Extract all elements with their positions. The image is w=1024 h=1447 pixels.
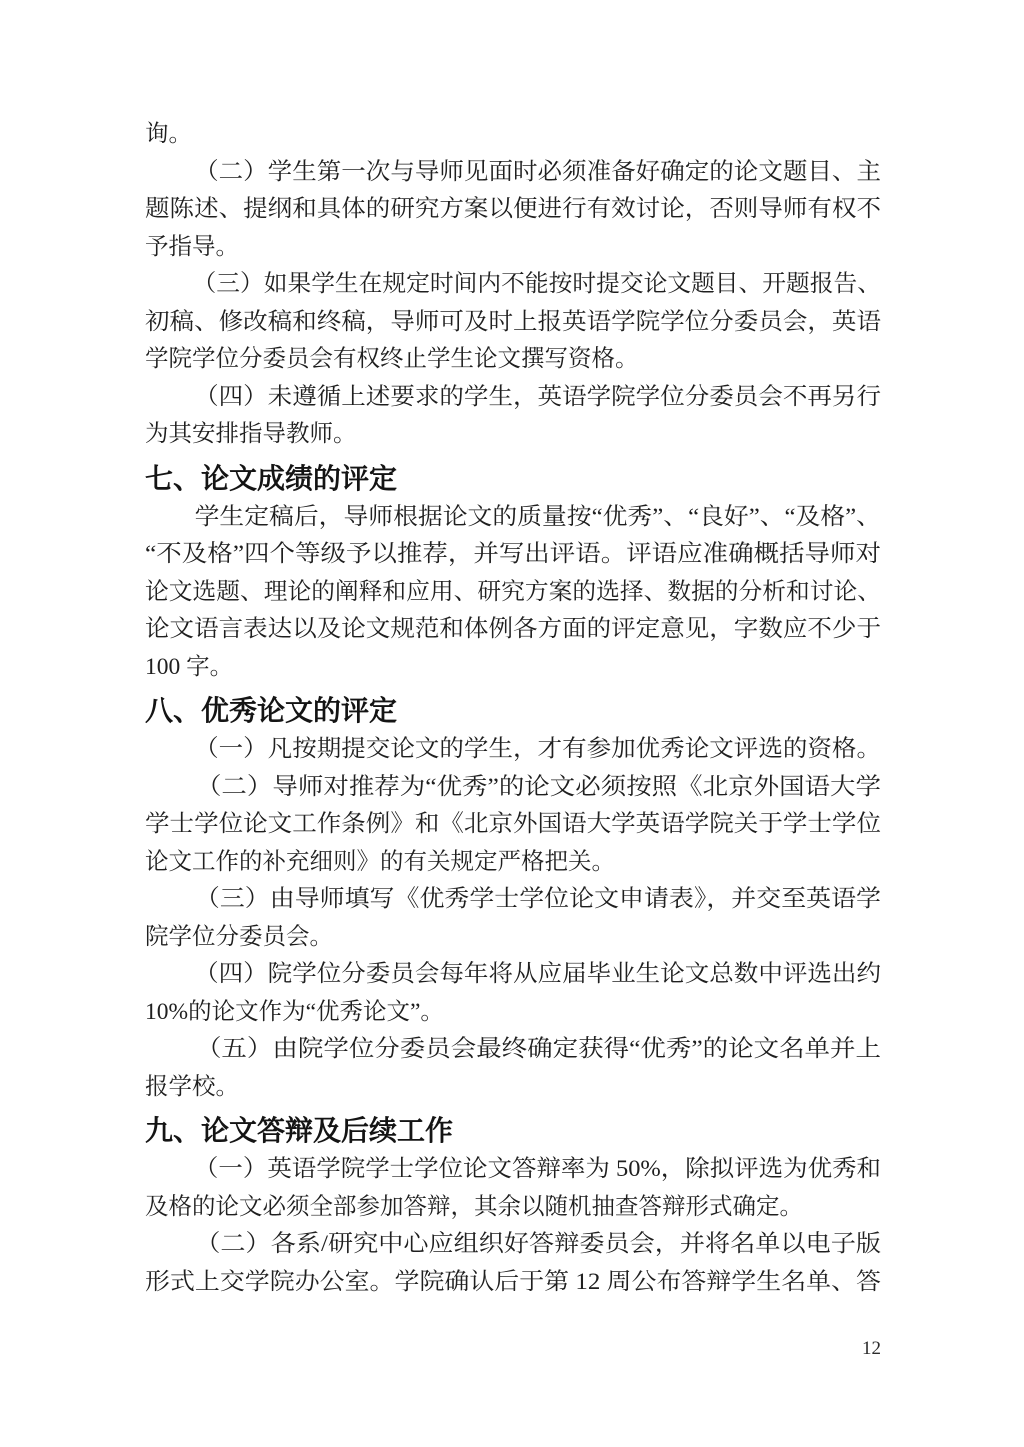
text-run: 询。 [145,121,192,147]
text-line: 报学校。 [145,1069,881,1107]
text-line: （五）由院学位分委员会最终确定获得“优秀”的论文名单并上 [145,1031,943,1069]
section-heading: 八、优秀论文的评定 [145,686,881,731]
text-run: 予指导。 [145,234,239,260]
text-run: 九、论文答辩及后续工作 [145,1115,453,1146]
paragraph-indent [145,1175,194,1176]
page-number: 12 [145,1338,881,1360]
text-line: 及格的论文必须全部参加答辩，其余以随机抽查答辩形式确定。 [145,1189,881,1227]
text-line: 形式上交学院办公室。学院确认后于第 12 周公布答辩学生名单、答 [145,1264,926,1302]
text-run: 10%的论文作为“优秀论文”。 [145,999,444,1025]
text-line: （二）导师对推荐为“优秀”的论文必须按照《北京外国语大学 [145,769,943,807]
text-run: （二）学生第一次与导师见面时必须准备好确定的论文题目、主 [194,159,881,185]
text-run: 形式上交学院办公室。学院确认后于第 12 周公布答辩学生名单、答 [145,1269,881,1295]
paragraph-indent [145,523,195,524]
paragraph-indent [145,290,192,291]
text-run: 为其安排指导教师。 [145,421,357,447]
text-run: 报学校。 [145,1074,239,1100]
text-line: “不及格”四个等级予以推荐，并写出评语。评语应准确概括导师对 [145,536,943,574]
text-line: （二）各系/研究中心应组织好答辩委员会，并将名单以电子版 [145,1226,932,1264]
text-run: 学士学位论文工作条例》和《北京外国语大学英语学院关于学士学位 [145,811,881,837]
text-run: 100 字。 [145,654,233,680]
text-line: 10%的论文作为“优秀论文”。 [145,994,881,1032]
text-run: （四）未遵循上述要求的学生，英语学院学位分委员会不再另行 [194,384,881,410]
text-run: （四）院学位分委员会每年将从应届毕业生论文总数中评选出约 [194,961,881,987]
text-line: 院学位分委员会。 [145,919,881,957]
paragraph-indent [145,1250,195,1251]
paragraph-indent [145,755,194,756]
text-line: （一）英语学院学士学位论文答辩率为 50%，除拟评选为优秀和 [145,1151,911,1189]
paragraph-indent [145,980,194,981]
text-line: 学士学位论文工作条例》和《北京外国语大学英语学院关于学士学位 [145,806,913,844]
text-run: 院学位分委员会。 [145,924,333,950]
text-line: （二）学生第一次与导师见面时必须准备好确定的论文题目、主 [145,154,913,192]
text-line: 询。 [145,116,881,154]
text-line: （四）未遵循上述要求的学生，英语学院学位分委员会不再另行 [145,379,913,417]
text-run: 八、优秀论文的评定 [145,695,397,726]
text-run: 学院学位分委员会有权终止学生论文撰写资格。 [145,346,639,372]
text-line: 论文工作的补充细则》的有关规定严格把关。 [145,844,881,882]
text-run: （五）由院学位分委员会最终确定获得“优秀”的论文名单并上 [196,1036,881,1062]
text-line: 学生定稿后，导师根据论文的质量按“优秀”、“良好”、“及格”、 [145,499,922,537]
document-content: 询。（二）学生第一次与导师见面时必须准备好确定的论文题目、主题陈述、提纲和具体的… [145,116,881,1301]
text-run: 论文选题、理论的阐释和应用、研究方案的选择、数据的分析和讨论、 [145,579,881,605]
section-heading: 七、论文成绩的评定 [145,454,881,499]
text-line: 题陈述、提纲和具体的研究方案以便进行有效讨论，否则导师有权不 [145,191,913,229]
text-line: 学院学位分委员会有权终止学生论文撰写资格。 [145,341,881,379]
text-run: （一）英语学院学士学位论文答辩率为 50%，除拟评选为优秀和 [194,1156,881,1182]
text-run: 论文工作的补充细则》的有关规定严格把关。 [145,849,615,875]
text-line: 初稿、修改稿和终稿，导师可及时上报英语学院学位分委员会，英语 [145,304,913,342]
text-run: 初稿、修改稿和终稿，导师可及时上报英语学院学位分委员会，英语 [145,309,881,335]
paragraph-indent [145,1055,196,1056]
paragraph-indent [145,403,194,404]
text-line: 论文选题、理论的阐释和应用、研究方案的选择、数据的分析和讨论、 [145,574,889,612]
text-run: 题陈述、提纲和具体的研究方案以便进行有效讨论，否则导师有权不 [145,196,881,222]
paragraph-indent [145,178,194,179]
text-line: 论文语言表达以及论文规范和体例各方面的评定意见，字数应不少于 [145,611,913,649]
paragraph-indent [145,793,196,794]
text-run: （二）导师对推荐为“优秀”的论文必须按照《北京外国语大学 [196,774,881,800]
paragraph-indent [145,905,195,906]
text-line: （四）院学位分委员会每年将从应届毕业生论文总数中评选出约 [145,956,913,994]
text-run: 学生定稿后，导师根据论文的质量按“优秀”、“良好”、“及格”、 [195,504,881,530]
text-line: （三）由导师填写《优秀学士学位论文申请表》，并交至英语学 [145,881,926,919]
text-line: 为其安排指导教师。 [145,416,881,454]
document-page: 询。（二）学生第一次与导师见面时必须准备好确定的论文题目、主题陈述、提纲和具体的… [0,0,1024,1447]
section-heading: 九、论文答辩及后续工作 [145,1106,881,1151]
text-line: （一）凡按期提交论文的学生，才有参加优秀论文评选的资格。 [145,731,913,769]
text-line: （三）如果学生在规定时间内不能按时提交论文题目、开题报告、 [145,266,889,304]
text-run: 论文语言表达以及论文规范和体例各方面的评定意见，字数应不少于 [145,616,881,642]
text-run: （三）如果学生在规定时间内不能按时提交论文题目、开题报告、 [192,271,881,297]
text-run: （二）各系/研究中心应组织好答辩委员会，并将名单以电子版 [195,1231,881,1257]
text-run: 及格的论文必须全部参加答辩，其余以随机抽查答辩形式确定。 [145,1194,803,1220]
text-run: （三）由导师填写《优秀学士学位论文申请表》，并交至英语学 [195,886,881,912]
text-line: 100 字。 [145,649,881,687]
text-run: 七、论文成绩的评定 [145,463,397,494]
text-line: 予指导。 [145,229,881,267]
text-run: （一）凡按期提交论文的学生，才有参加优秀论文评选的资格。 [194,736,881,762]
text-run: “不及格”四个等级予以推荐，并写出评语。评语应准确概括导师对 [145,541,881,567]
